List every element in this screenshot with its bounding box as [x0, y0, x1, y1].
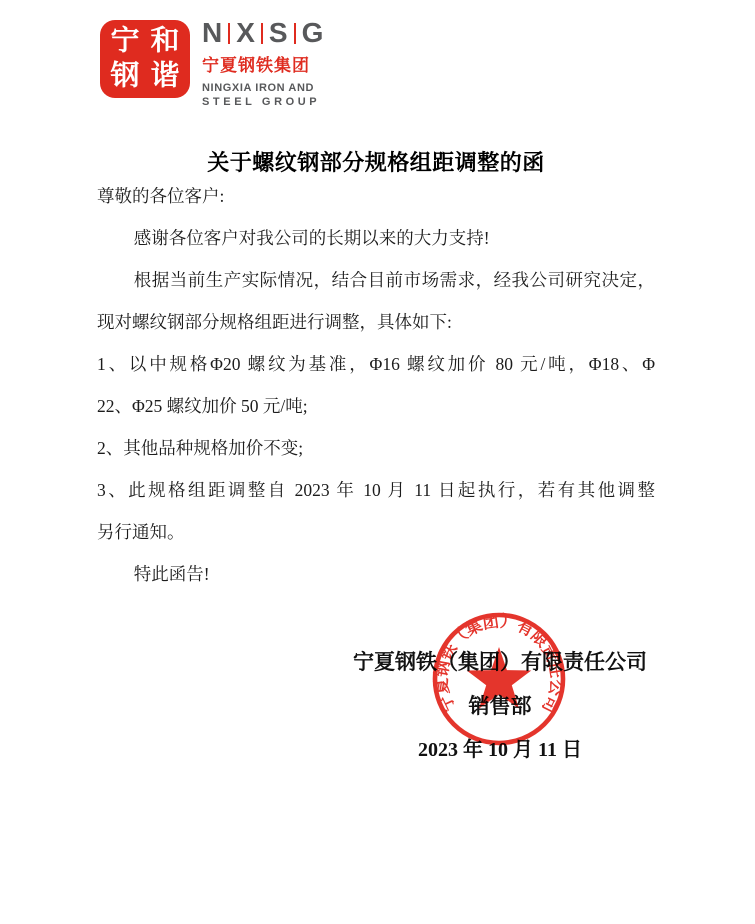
logo-company-name-cn: 宁夏钢铁集团: [202, 51, 323, 76]
letter-divider: [228, 23, 230, 44]
body-line-item2: 2、其他品种规格加价不变;: [97, 427, 655, 469]
document-body: 尊敬的各位客户: 感谢各位客户对我公司的长期以来的大力支持! 根据当前生产实际情…: [97, 175, 655, 595]
logo-company-name-en-line2: STEEL GROUP: [202, 96, 323, 108]
signature-company: 宁夏钢铁（集团）有限责任公司: [328, 646, 672, 676]
letter-divider: [294, 23, 296, 44]
stamp-ring: [435, 615, 563, 743]
logo-letter: S: [269, 20, 288, 46]
logo-acronym: N X S G: [202, 20, 323, 46]
logo-company-name-en-line1: NINGXIA IRON AND: [202, 82, 323, 94]
company-logo: 宁 和 钢 谐 N X S G 宁夏钢铁集团 NINGXIA IRON AND …: [100, 20, 323, 108]
body-line-salutation: 尊敬的各位客户:: [97, 175, 655, 217]
seal-character: 宁: [110, 28, 139, 56]
body-line-closing: 特此函告!: [97, 553, 655, 595]
seal-character: 钢: [110, 63, 139, 91]
letter-page: 宁 和 钢 谐 N X S G 宁夏钢铁集团 NINGXIA IRON AND …: [0, 0, 755, 924]
seal-character: 和: [150, 28, 179, 56]
logo-letter: G: [302, 20, 324, 46]
signature-department: 销售部: [328, 690, 672, 720]
logo-letter: N: [202, 20, 222, 46]
letter-divider: [261, 23, 263, 44]
logo-text-block: N X S G 宁夏钢铁集团 NINGXIA IRON AND STEEL GR…: [202, 20, 323, 108]
signature-date: 2023 年 10 月 11 日: [328, 733, 672, 762]
seal-character: 谐: [150, 63, 179, 91]
document-title: 关于螺纹钢部分规格组距调整的函: [97, 146, 655, 177]
body-line-item3-a: 3、此规格组距调整自 2023 年 10 月 11 日起执行，若有其他调整: [97, 469, 655, 511]
body-line-item3-b: 另行通知。: [97, 511, 655, 553]
body-line-item1-b: 22、Φ25 螺纹加价 50 元/吨;: [97, 385, 655, 427]
body-line-thanks: 感谢各位客户对我公司的长期以来的大力支持!: [97, 217, 655, 259]
company-seal-icon: 宁 和 钢 谐: [100, 20, 190, 98]
body-line-intro-1: 根据当前生产实际情况，结合目前市场需求，经我公司研究决定，: [97, 259, 655, 301]
body-line-item1-a: 1、以中规格Φ20 螺纹为基准，Φ16 螺纹加价 80 元/吨，Φ18、Φ: [97, 343, 655, 385]
body-line-intro-2: 现对螺纹钢部分规格组距进行调整，具体如下:: [97, 301, 655, 343]
logo-letter: X: [236, 20, 255, 46]
